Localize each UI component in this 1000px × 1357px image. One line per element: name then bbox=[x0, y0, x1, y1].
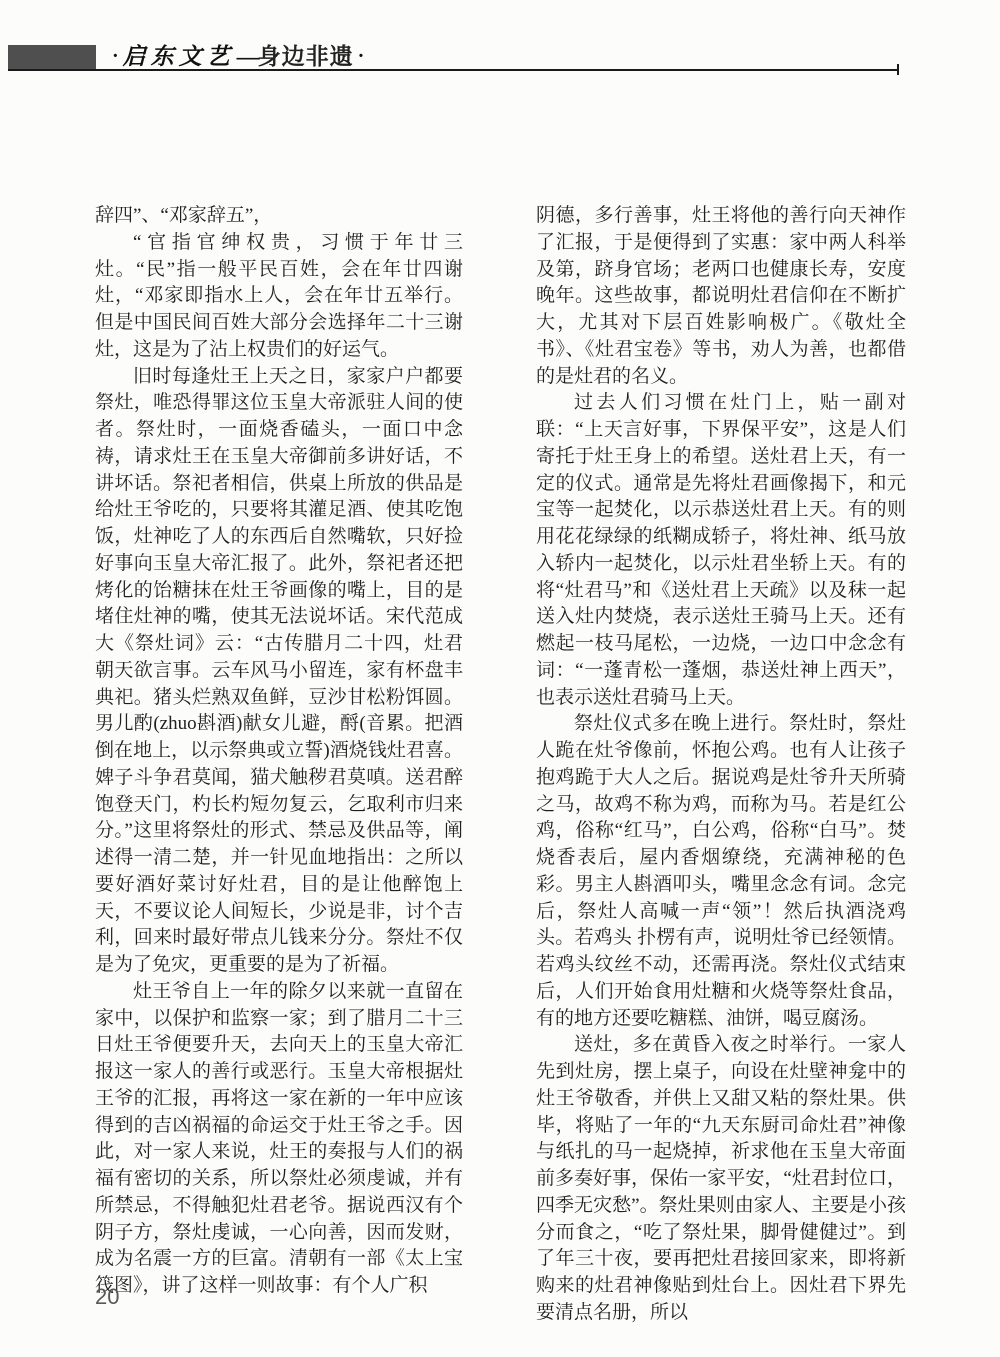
body-paragraph: 祭灶仪式多在晚上进行。祭灶时，祭灶人跪在灶爷像前，怀抱公鸡。也有人让孩子抱鸡跪于… bbox=[536, 711, 906, 1032]
right-column: 阴德，多行善事，灶王将他的善行向天神作了汇报，于是便得到了实惠：家中两人科举及第… bbox=[536, 203, 906, 1327]
page-number: 20 bbox=[95, 1284, 119, 1310]
body-paragraph: 过去人们习惯在灶门上，贴一副对联：“上天言好事，下界保平安”，这是人们寄托于灶王… bbox=[536, 390, 906, 711]
body-paragraph: 阴德，多行善事，灶王将他的善行向天神作了汇报，于是便得到了实惠：家中两人科举及第… bbox=[536, 203, 906, 390]
left-column: 辞四”、“邓家辞五”， “官指官绅权贵，习惯于年廿三灶。“民”指一般平民百姓，会… bbox=[95, 203, 463, 1300]
body-paragraph: 旧时每逢灶王上天之日，家家户户都要祭灶，唯恐得罪这位玉皇大帝派驻人间的使者。祭灶… bbox=[95, 364, 463, 979]
body-paragraph: 送灶，多在黄昏入夜之时举行。一家人先到灶房，摆上桌子，向设在灶壁神龛中的灶王爷敬… bbox=[536, 1032, 906, 1326]
journal-title: 启东文艺 bbox=[123, 44, 235, 69]
body-paragraph: 辞四”、“邓家辞五”， bbox=[95, 203, 463, 230]
body-paragraph: “官指官绅权贵，习惯于年廿三灶。“民”指一般平民百姓，会在年廿四谢灶，“邓家即指… bbox=[95, 230, 463, 364]
header-dot-right: · bbox=[354, 45, 369, 67]
page-header: ·启东文艺—身边非遗· bbox=[108, 42, 368, 70]
section-title: 身边非遗 bbox=[258, 43, 354, 69]
header-dot-left: · bbox=[108, 45, 123, 67]
header-rule-tick bbox=[897, 64, 899, 75]
header-dash: — bbox=[237, 44, 260, 69]
body-paragraph: 灶王爷自上一年的除夕以来就一直留在家中，以保护和监察一家；到了腊月二十三日灶王爷… bbox=[95, 979, 463, 1300]
header-rule bbox=[8, 69, 898, 71]
header-decorative-block bbox=[8, 45, 96, 71]
magazine-page: ·启东文艺—身边非遗· 辞四”、“邓家辞五”， “官指官绅权贵，习惯于年廿三灶。… bbox=[0, 0, 1000, 1357]
